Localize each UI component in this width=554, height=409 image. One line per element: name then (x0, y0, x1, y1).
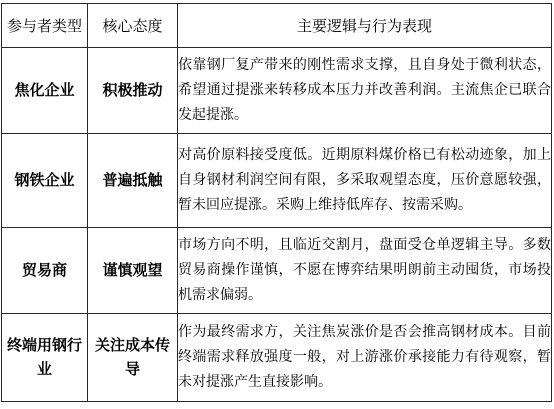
attitude-cell: 积极推动 (88, 48, 178, 134)
attitude-cell: 关注成本传导 (88, 314, 178, 402)
participant-cell: 焦化企业 (2, 48, 88, 134)
table-row-steel: 钢铁企业 普遍抵触 对高价原料接受度低。近期原料煤价格已有松动迹象，加上自身钢材… (2, 134, 552, 228)
page: 参与者类型 核心态度 主要逻辑与行为表现 焦化企业 积极推动 依靠钢厂复产带来的… (0, 0, 554, 409)
header-main-logic: 主要逻辑与行为表现 (178, 4, 552, 48)
participant-cell: 贸易商 (2, 228, 88, 314)
header-core-attitude: 核心态度 (88, 4, 178, 48)
table-row-coking: 焦化企业 积极推动 依靠钢厂复产带来的刚性需求支撑，且自身处于微利状态，希望通过… (2, 48, 552, 134)
table-header-row: 参与者类型 核心态度 主要逻辑与行为表现 (2, 4, 552, 48)
attitude-cell: 普遍抵触 (88, 134, 178, 228)
table-row-end-user: 终端用钢行业 关注成本传导 作为最终需求方，关注焦炭涨价是否会推高钢材成本。目前… (2, 314, 552, 402)
description-cell: 依靠钢厂复产带来的刚性需求支撑，且自身处于微利状态，希望通过提涨来转移成本压力并… (178, 48, 552, 134)
header-participant-type: 参与者类型 (2, 4, 88, 48)
participant-cell: 钢铁企业 (2, 134, 88, 228)
participant-cell: 终端用钢行业 (2, 314, 88, 402)
attitude-cell: 谨慎观望 (88, 228, 178, 314)
participants-table: 参与者类型 核心态度 主要逻辑与行为表现 焦化企业 积极推动 依靠钢厂复产带来的… (1, 3, 552, 402)
description-cell: 对高价原料接受度低。近期原料煤价格已有松动迹象，加上自身钢材利润空间有限，多采取… (178, 134, 552, 228)
description-cell: 市场方向不明，且临近交割月，盘面受仓单逻辑主导。多数贸易商操作谨慎，不愿在博弈结… (178, 228, 552, 314)
table-row-trader: 贸易商 谨慎观望 市场方向不明，且临近交割月，盘面受仓单逻辑主导。多数贸易商操作… (2, 228, 552, 314)
description-cell: 作为最终需求方，关注焦炭涨价是否会推高钢材成本。目前终端需求释放强度一般，对上游… (178, 314, 552, 402)
